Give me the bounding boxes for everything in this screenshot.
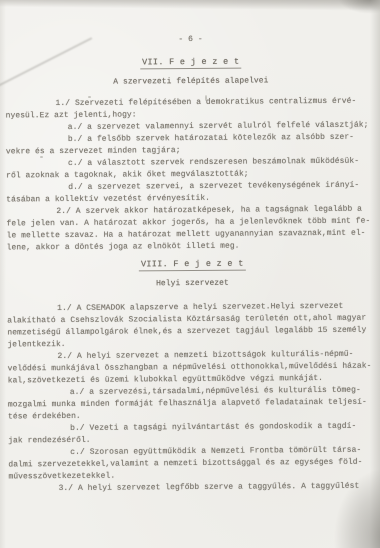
page-number: - 6 - (5, 33, 376, 48)
chapter-heading: VIII. F e j e z e t (7, 257, 378, 273)
text-body: VII. F e j e z e tA szervezeti felépítés… (5, 55, 379, 496)
section-subtitle: Helyi szervezet (7, 277, 378, 292)
section-body: 1./ Szervezeti felépítésében a demokrati… (6, 96, 378, 255)
document-section: VII. F e j e z e tA szervezeti felépítés… (5, 55, 378, 255)
text-line: lene, akkor a döntés joga az elnököt ill… (7, 240, 378, 255)
chapter-heading-text: VIII. F e j e z e t (139, 259, 246, 272)
chapter-heading: VII. F e j e z e t (5, 55, 376, 71)
scan-top-edge (0, 0, 380, 11)
section-subtitle: A szervezeti felépítés alapelvei (5, 75, 376, 90)
scanned-page: - 6 - VII. F e j e z e tA szervezeti fel… (0, 0, 380, 548)
document-section: VIII. F e j e z e tHelyi szervezet1./ A … (7, 257, 380, 496)
document-content: - 6 - VII. F e j e z e tA szervezeti fel… (5, 33, 380, 496)
section-body: 1./ A CSEMADOK alapszerve a helyi szerve… (7, 301, 379, 496)
chapter-heading-text: VII. F e j e z e t (140, 57, 241, 70)
